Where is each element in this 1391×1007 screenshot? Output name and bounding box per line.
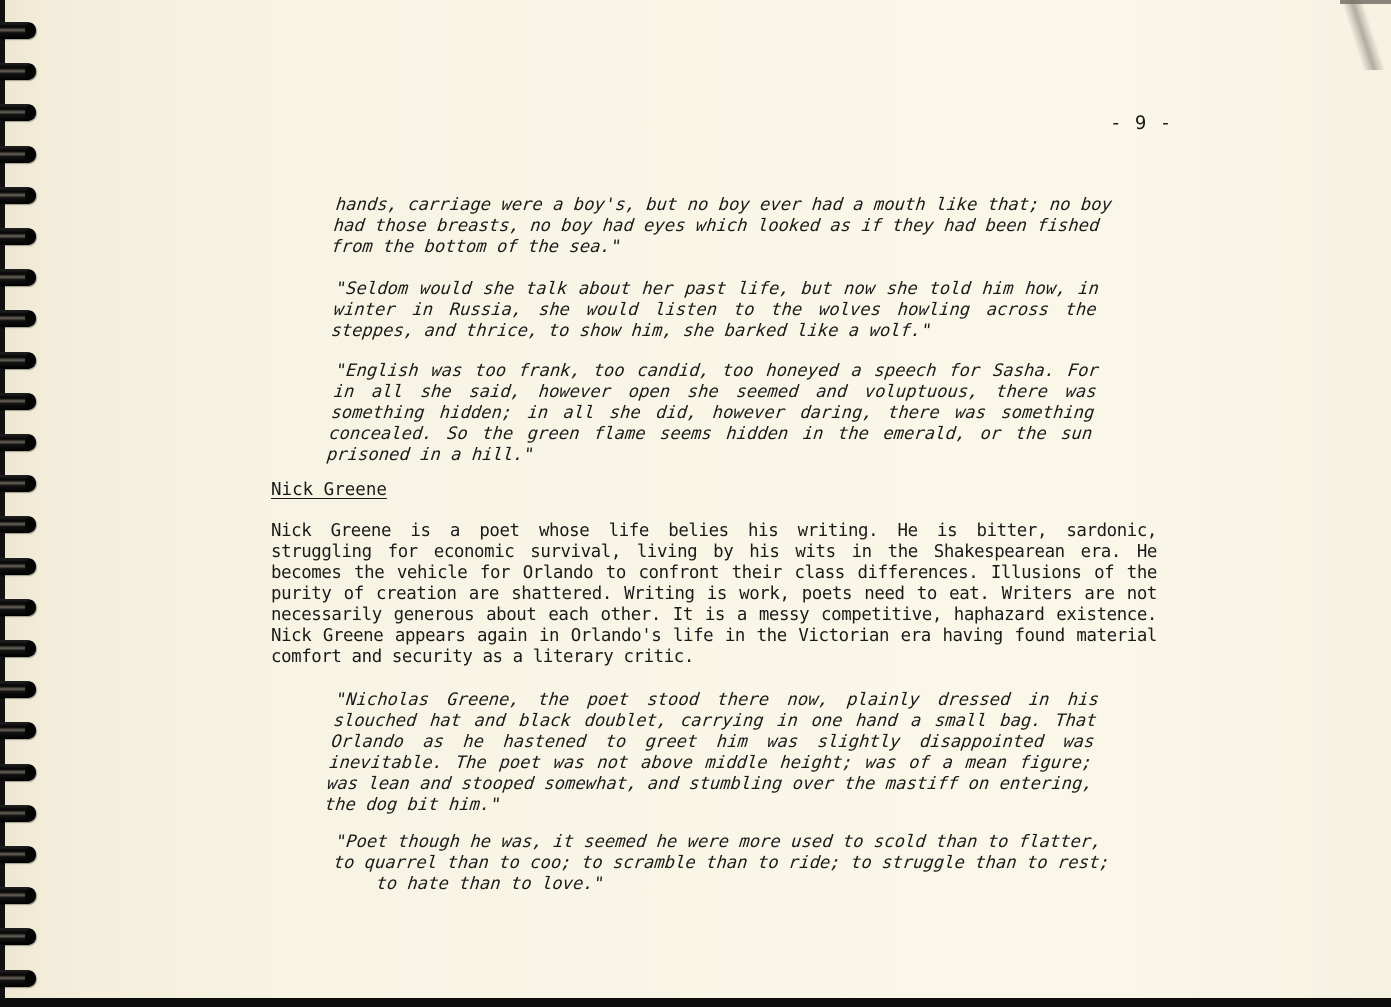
page-bottom-edge [0, 998, 1391, 1007]
quote-line: slouched hat and black doublet, carrying… [333, 711, 1098, 732]
quote-line: concealed. So the green flame seems hidd… [328, 424, 1093, 445]
body-line: Nick Greene appears again in Orlando's l… [271, 626, 1157, 647]
binding-coil [0, 104, 36, 121]
quote-block-3: "English was too frank, too candid, too … [326, 361, 1100, 466]
quote-block-1: hands, carriage were a boy's, but no boy… [330, 195, 1100, 258]
quote-block-2: "Seldom would she talk about her past li… [330, 279, 1100, 342]
body-line: Nick Greene is a poet whose life belies … [271, 521, 1157, 542]
binding-coil [0, 928, 36, 945]
quote-line: from the bottom of the sea." [330, 237, 1095, 258]
quote-line: Orlando as he hastened to greet him was … [330, 732, 1095, 753]
binding-coil [0, 599, 36, 616]
body-line: struggling for economic survival, living… [271, 542, 1157, 563]
section-heading: Nick Greene [271, 480, 387, 500]
quote-line: "English was too frank, too candid, too … [335, 361, 1100, 382]
binding-coil [0, 681, 36, 698]
binding-coil [0, 269, 36, 286]
section-body: Nick Greene is a poet whose life belies … [271, 521, 1157, 668]
quote-line: inevitable. The poet was not above middl… [328, 753, 1093, 774]
binding-coil [0, 722, 36, 739]
quote-line: to hate than to love." [330, 874, 1095, 895]
quote-line: "Seldom would she talk about her past li… [335, 279, 1100, 300]
quote-line: "Poet though he was, it seemed he were m… [335, 832, 1100, 853]
binding-coil [0, 146, 36, 163]
quote-block-5: "Poet though he was, it seemed he were m… [330, 832, 1100, 895]
quote-line: winter in Russia, she would listen to th… [333, 300, 1098, 321]
quote-line: steppes, and thrice, to show him, she ba… [330, 321, 1095, 342]
binding-coil [0, 887, 36, 904]
quote-line: something hidden; in all she did, howeve… [330, 403, 1095, 424]
binding-coil [0, 640, 36, 657]
quote-line: "Nicholas Greene, the poet stood there n… [335, 690, 1100, 711]
binding-coil [0, 846, 36, 863]
binding-coil [0, 970, 36, 987]
quote-block-4: "Nicholas Greene, the poet stood there n… [324, 690, 1100, 816]
quote-line: was lean and stooped somewhat, and stumb… [326, 774, 1091, 795]
quote-line: prisoned in a hill." [326, 445, 1091, 466]
quote-line: in all she said, however open she seemed… [333, 382, 1098, 403]
quote-line: to quarrel than to coo; to scramble than… [333, 853, 1098, 874]
body-line: necessarily generous about each other. I… [271, 605, 1157, 626]
binding-coil [0, 475, 36, 492]
quote-line: hands, carriage were a boy's, but no boy… [335, 195, 1100, 216]
binding-coil [0, 22, 36, 39]
quote-line: had those breasts, no boy had eyes which… [333, 216, 1098, 237]
binding-coil [0, 434, 36, 451]
binding-coil [0, 805, 36, 822]
binding-coil [0, 393, 36, 410]
quote-line: the dog bit him." [324, 795, 1089, 816]
binding-coil [0, 63, 36, 80]
body-line: becomes the vehicle for Orlando to confr… [271, 563, 1157, 584]
body-line: comfort and security as a literary criti… [271, 647, 1157, 668]
binding-coil [0, 310, 36, 327]
binding-coil [0, 187, 36, 204]
binding-coil [0, 228, 36, 245]
binding-coil [0, 516, 36, 533]
body-line: purity of creation are shattered. Writin… [271, 584, 1157, 605]
binding-coil [0, 764, 36, 781]
binding-coil [0, 558, 36, 575]
page-number: - 9 - [1110, 112, 1172, 134]
binding-coil [0, 352, 36, 369]
